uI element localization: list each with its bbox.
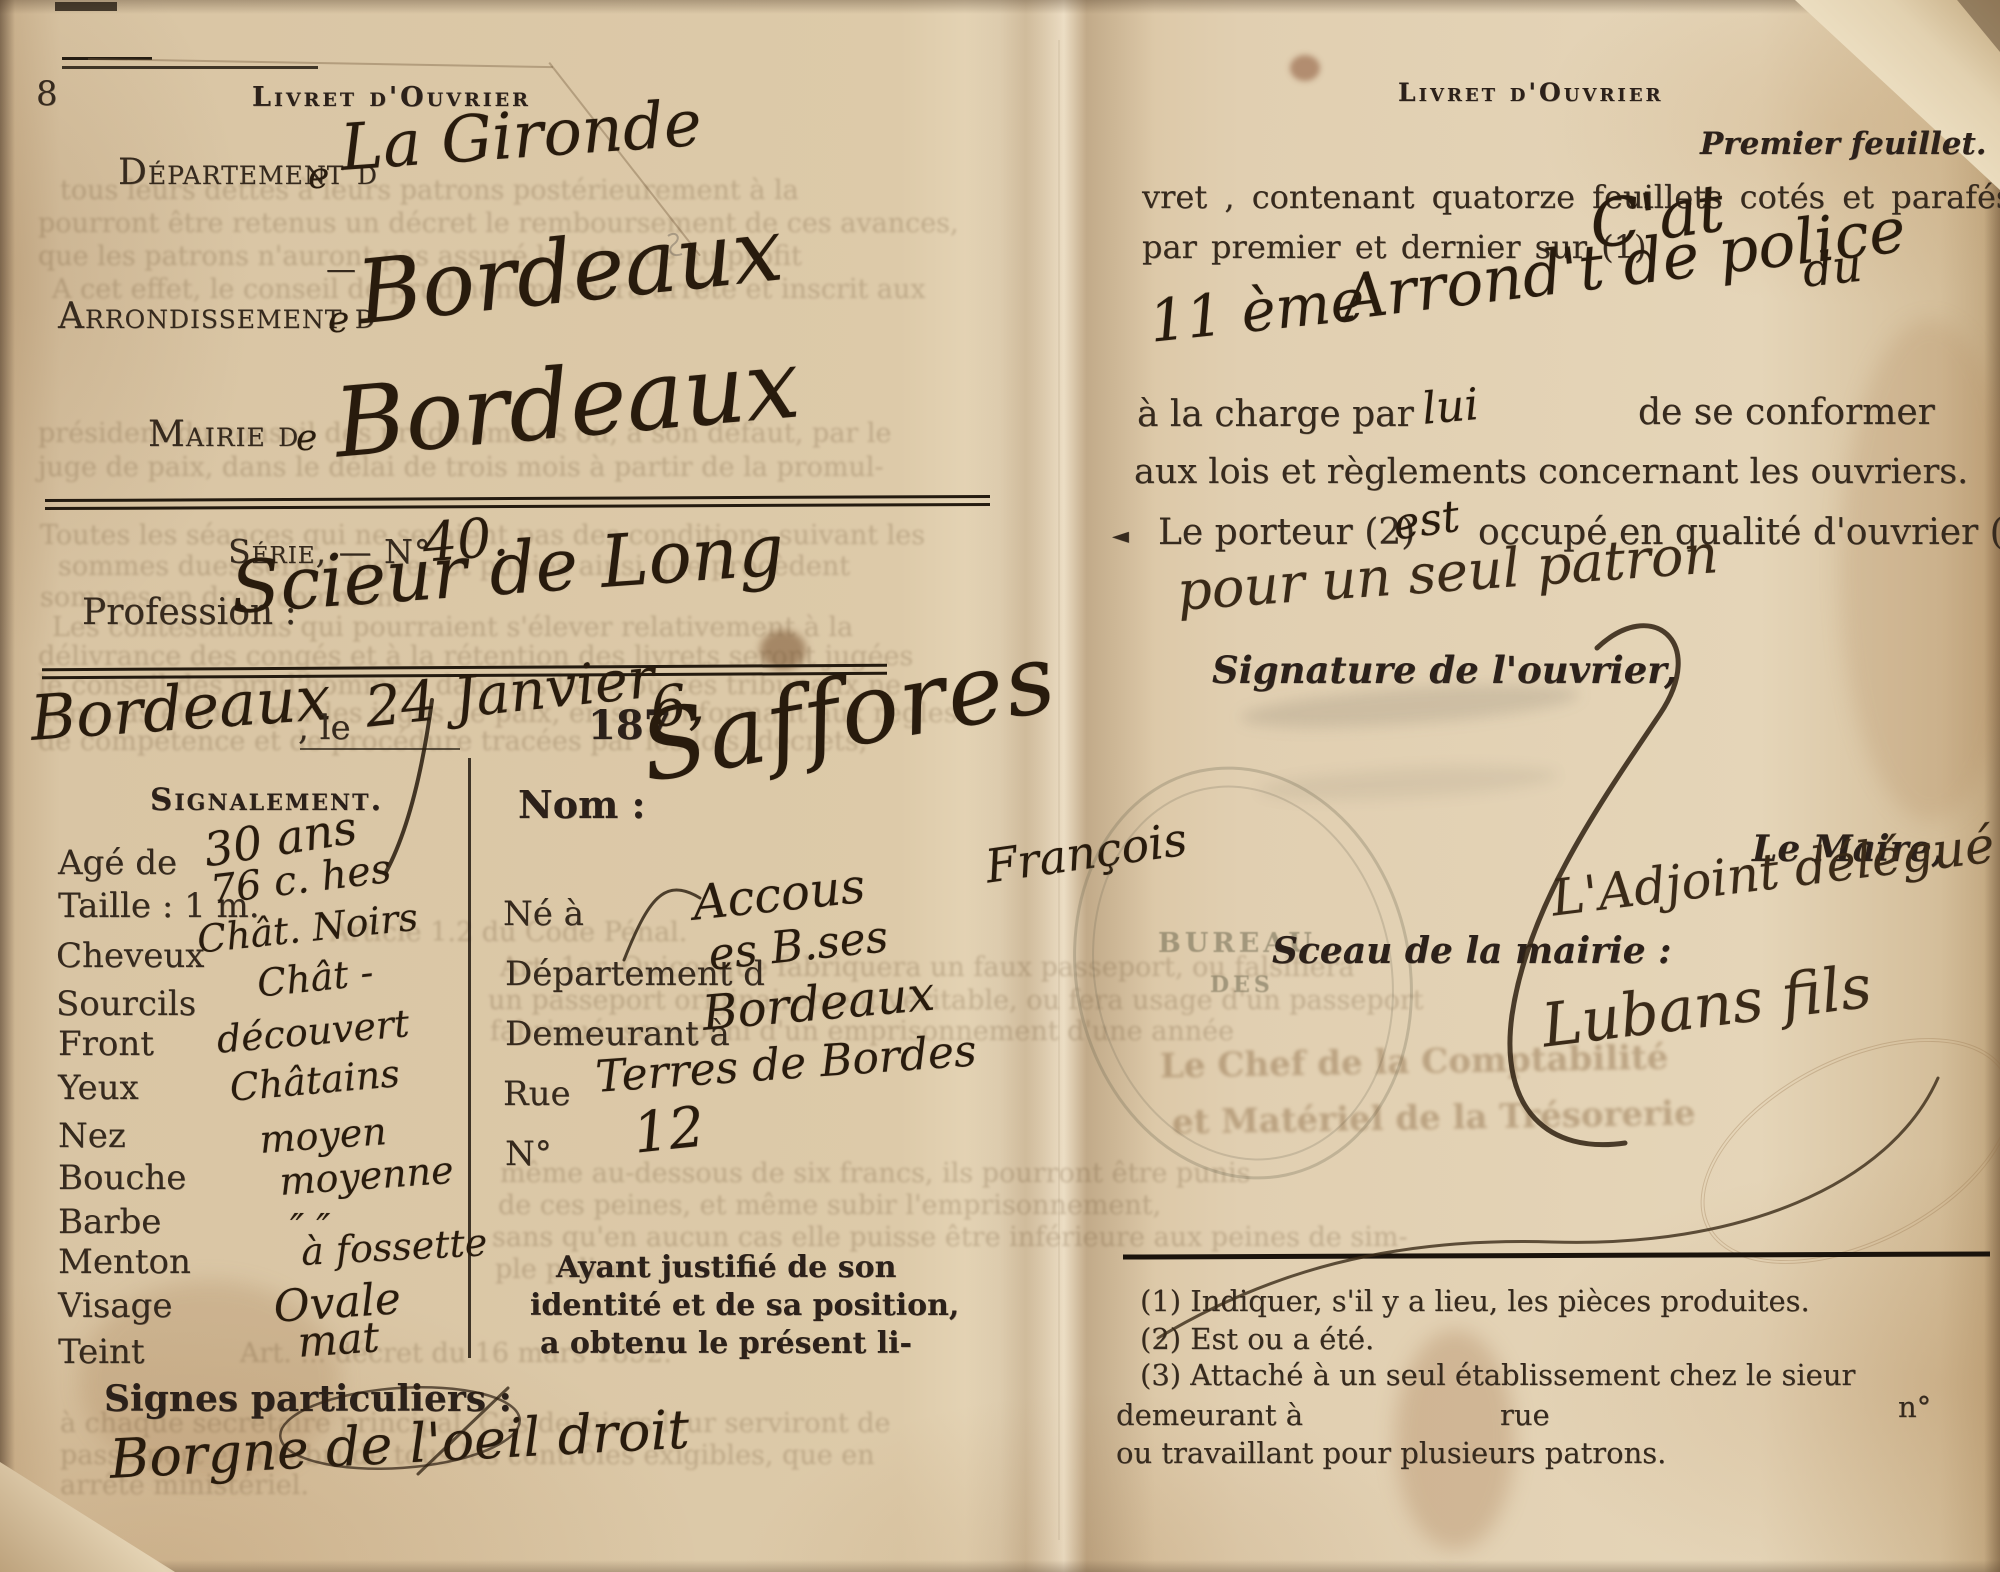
charge-line2: aux lois et règlements concernant les ou… (1134, 452, 1968, 492)
bottom-edge-shadow (0, 1560, 2000, 1572)
mairie-label: Mairie d (148, 414, 299, 455)
row-label-visage: Visage (58, 1286, 172, 1326)
justify-line2: identité et de sa position, (530, 1288, 959, 1323)
numero-label: N° (505, 1134, 552, 1174)
row-label-cheveux: Cheveux (56, 936, 204, 976)
stamp-text-des: DES (1210, 972, 1274, 998)
double-rule (45, 503, 990, 510)
row-label-sourcils: Sourcils (56, 984, 196, 1024)
right-page-title: Livret d'Ouvrier (1398, 78, 1664, 107)
footnote-3: (3) Attaché à un seul établissement chez… (1140, 1358, 1855, 1392)
dateline-le: , le (298, 708, 351, 748)
double-rule (45, 495, 990, 502)
feuillet-label: Premier feuillet. (1700, 126, 1987, 162)
right-page-edge (1984, 0, 2000, 1572)
charge-pre: à la charge par (1137, 394, 1414, 435)
row-value-teint: mat (296, 1312, 381, 1367)
charge-post: de se conformer (1638, 392, 1935, 433)
ink-stain (1290, 55, 1320, 81)
column-divider (468, 758, 471, 1358)
mairie-hw-e: e (296, 418, 317, 459)
livret-ouvrier-scan: tous leurs dettes à leurs patrons postér… (0, 0, 2000, 1572)
justify-line1: Ayant justifié de son (556, 1250, 896, 1285)
hw-arrond-number: 11 ème (1146, 265, 1368, 355)
row-label-bouche: Bouche (58, 1158, 186, 1198)
page-number: 8 (36, 74, 58, 114)
bleed-stamp-line2: et Matériel de la Trésorerie (1172, 1093, 1696, 1142)
justify-line3: a obtenu le présent li- (540, 1326, 912, 1361)
ink-bar-mark (55, 2, 117, 11)
nom-label: Nom : (518, 782, 646, 827)
left-page-edge (0, 0, 15, 1572)
page-gutter (965, 0, 1155, 1572)
bleed-through-text: de ces peines, et même subir l'emprisonn… (498, 1190, 1161, 1221)
departement-label: Département d (118, 152, 378, 193)
footnote-3b-demeurant: demeurant à (1116, 1398, 1303, 1432)
row-value-yeux: Châtains (228, 1051, 401, 1110)
row-label-front: Front (58, 1024, 154, 1064)
arrondissement-hw-e: e (328, 300, 349, 341)
bleed-through-text: même au-dessous de six francs, ils pourr… (500, 1158, 1250, 1189)
row-label-yeux: Yeux (58, 1068, 139, 1108)
gutter-crease (1058, 40, 1060, 1540)
footnote-3c: ou travaillant pour plusieurs patrons. (1116, 1436, 1666, 1470)
bleed-through-text: sans qu'en aucun cas elle puisse être in… (492, 1222, 1408, 1253)
row-value-menton: à fossette (300, 1220, 488, 1274)
bleed-stamp-line1: Le Chef de la Comptabilité (1160, 1038, 1669, 1087)
row-value-sourcils: Chât - (255, 950, 375, 1006)
ne-a-label: Né à (503, 894, 584, 934)
footnote-3b-rue: rue (1500, 1398, 1550, 1432)
departement-hw-e: e (308, 156, 329, 197)
manicule-marker-icon: ◄ (1112, 524, 1129, 549)
sceau-mairie-label: Sceau de la mairie : (1272, 930, 1671, 972)
footnote-2: (2) Est ou a été. (1140, 1322, 1374, 1356)
dateline-underline (300, 748, 460, 750)
footnote-3b-numero: n° (1898, 1390, 1931, 1424)
row-label-nez: Nez (58, 1116, 126, 1156)
rue-label: Rue (503, 1074, 571, 1114)
row-label-teint: Teint (58, 1332, 145, 1372)
footnote-1: (1) Indiquer, s'il y a lieu, les pièces … (1140, 1284, 1810, 1318)
hw-lui: lui (1420, 379, 1481, 435)
top-edge-shadow (0, 0, 2000, 14)
numero-value: 12 (630, 1095, 708, 1167)
row-label-age: Agé de (58, 843, 177, 883)
separator-dash: — (326, 252, 356, 287)
rule-fragment (62, 66, 318, 69)
row-label-menton: Menton (58, 1242, 191, 1282)
row-label-barbe: Barbe (58, 1202, 161, 1242)
